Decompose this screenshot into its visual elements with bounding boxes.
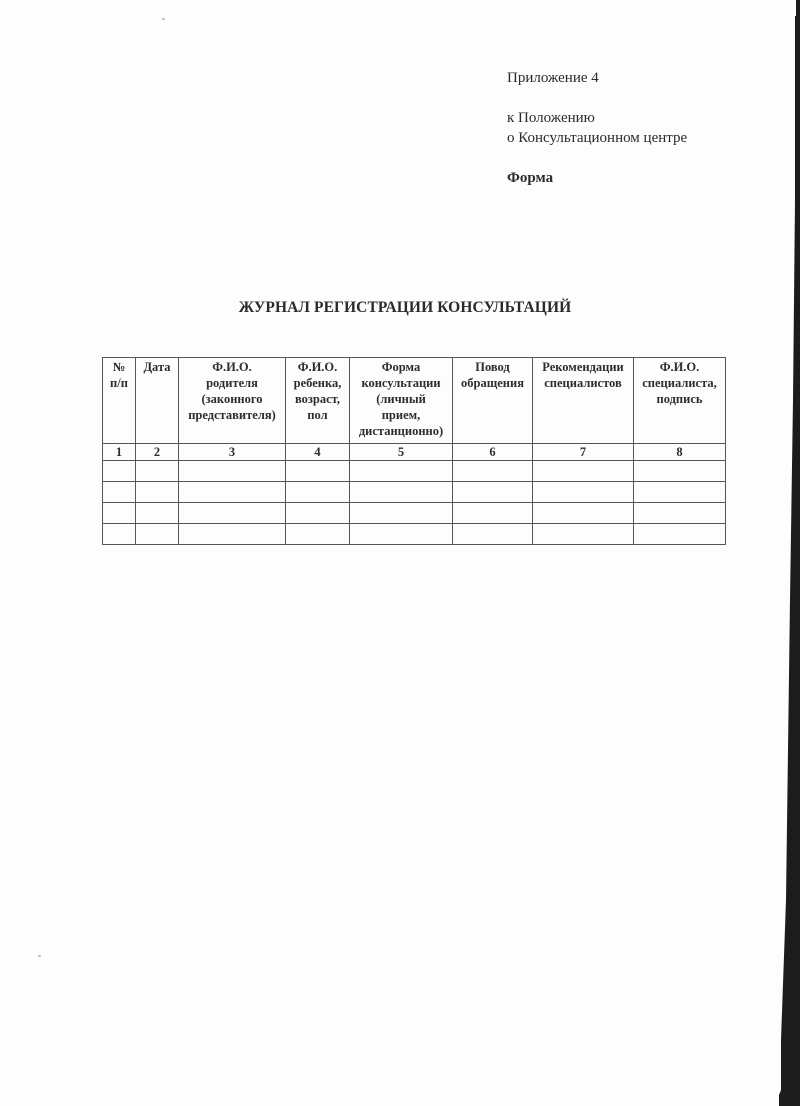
- appendix-title: Приложение 4: [507, 68, 687, 88]
- column-header-text: №: [105, 359, 133, 375]
- column-header-5: Формаконсультации(личныйприем,дистанцион…: [350, 358, 453, 444]
- table-cell: [533, 524, 634, 545]
- column-header-text: специалиста,: [636, 375, 723, 391]
- column-header-text: консультации: [352, 375, 450, 391]
- document-title: ЖУРНАЛ РЕГИСТРАЦИИ КОНСУЛЬТАЦИЙ: [0, 299, 800, 317]
- column-header-text: Дата: [138, 359, 176, 375]
- column-header-4: Ф.И.О.ребенка,возраст,пол: [286, 358, 350, 444]
- table-cell: [103, 461, 136, 482]
- table-cell: [286, 524, 350, 545]
- table-header-row: №п/пДатаФ.И.О.родителя(законногопредстав…: [103, 358, 726, 444]
- table-cell: [350, 461, 453, 482]
- scan-speck: [162, 18, 165, 20]
- table-cell: [136, 524, 179, 545]
- column-header-text: дистанционно): [352, 423, 450, 439]
- column-header-text: п/п: [105, 375, 133, 391]
- table-cell: [453, 461, 533, 482]
- column-header-text: Ф.И.О.: [288, 359, 347, 375]
- column-number: 1: [103, 444, 136, 461]
- column-header-text: (личный: [352, 391, 450, 407]
- table-cell: [453, 524, 533, 545]
- column-header-text: Повод: [455, 359, 530, 375]
- column-header-text: специалистов: [535, 375, 631, 391]
- column-number-row: 12345678: [103, 444, 726, 461]
- column-number: 6: [453, 444, 533, 461]
- column-header-text: возраст,: [288, 391, 347, 407]
- table-cell: [533, 503, 634, 524]
- table-cell: [179, 461, 286, 482]
- table-cell: [179, 503, 286, 524]
- column-header-text: представителя): [181, 407, 283, 423]
- table-cell: [286, 482, 350, 503]
- table-cell: [453, 503, 533, 524]
- table-cell: [634, 482, 726, 503]
- column-header-text: Рекомендации: [535, 359, 631, 375]
- column-header-6: Поводобращения: [453, 358, 533, 444]
- appendix-header: Приложение 4 к Положению о Консультацион…: [507, 68, 687, 188]
- table-cell: [136, 503, 179, 524]
- column-header-3: Ф.И.О.родителя(законногопредставителя): [179, 358, 286, 444]
- column-header-text: (законного: [181, 391, 283, 407]
- column-number: 8: [634, 444, 726, 461]
- table-cell: [286, 503, 350, 524]
- table-row: [103, 503, 726, 524]
- table-row: [103, 524, 726, 545]
- column-number: 7: [533, 444, 634, 461]
- table-row: [103, 461, 726, 482]
- table-cell: [533, 482, 634, 503]
- column-header-text: родителя: [181, 375, 283, 391]
- column-header-text: прием,: [352, 407, 450, 423]
- column-header-1: №п/п: [103, 358, 136, 444]
- table-cell: [350, 482, 453, 503]
- scan-edge-shadow: [760, 0, 800, 1106]
- column-number: 3: [179, 444, 286, 461]
- table-row: [103, 482, 726, 503]
- column-number: 4: [286, 444, 350, 461]
- column-header-text: пол: [288, 407, 347, 423]
- appendix-reference-line-2: о Консультационном центре: [507, 128, 687, 148]
- table-cell: [103, 524, 136, 545]
- column-number: 5: [350, 444, 453, 461]
- table-cell: [634, 524, 726, 545]
- table-cell: [286, 461, 350, 482]
- table-cell: [179, 482, 286, 503]
- column-header-text: Ф.И.О.: [636, 359, 723, 375]
- appendix-reference-line-1: к Положению: [507, 108, 687, 128]
- column-header-text: подпись: [636, 391, 723, 407]
- table-cell: [350, 503, 453, 524]
- table-cell: [634, 461, 726, 482]
- column-header-text: Форма: [352, 359, 450, 375]
- column-header-7: Рекомендацииспециалистов: [533, 358, 634, 444]
- table-cell: [136, 482, 179, 503]
- column-header-8: Ф.И.О.специалиста,подпись: [634, 358, 726, 444]
- table-cell: [136, 461, 179, 482]
- table-cell: [179, 524, 286, 545]
- column-header-text: Ф.И.О.: [181, 359, 283, 375]
- column-header-text: обращения: [455, 375, 530, 391]
- table-cell: [533, 461, 634, 482]
- scan-speck: [38, 955, 41, 957]
- table-cell: [350, 524, 453, 545]
- column-number: 2: [136, 444, 179, 461]
- table-cell: [634, 503, 726, 524]
- table-cell: [103, 503, 136, 524]
- form-label: Форма: [507, 168, 687, 188]
- column-header-2: Дата: [136, 358, 179, 444]
- consultation-journal-table: №п/пДатаФ.И.О.родителя(законногопредстав…: [102, 357, 726, 545]
- table-cell: [103, 482, 136, 503]
- column-header-text: ребенка,: [288, 375, 347, 391]
- table-cell: [453, 482, 533, 503]
